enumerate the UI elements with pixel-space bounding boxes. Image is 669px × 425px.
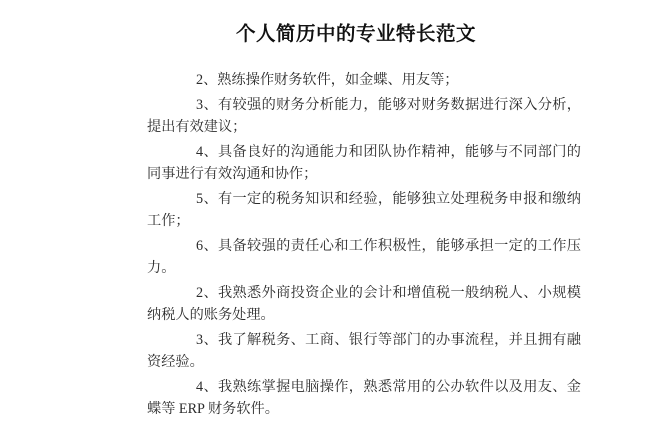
- paragraph: 5、有一定的税务知识和经验，能够独立处理税务申报和缴纳工作；: [147, 188, 581, 232]
- document-title: 个人简历中的专业特长范文: [139, 0, 573, 45]
- page-background: 个人简历中的专业特长范文 2、熟练操作财务软件，如金蝶、用友等；3、有较强的财务…: [0, 0, 669, 425]
- document-page: 个人简历中的专业特长范文 2、熟练操作财务软件，如金蝶、用友等；3、有较强的财务…: [147, 0, 581, 423]
- paragraph: 3、有较强的财务分析能力，能够对财务数据进行深入分析，提出有效建议；: [147, 94, 581, 138]
- document-body: 2、熟练操作财务软件，如金蝶、用友等；3、有较强的财务分析能力，能够对财务数据进…: [147, 69, 581, 420]
- paragraph: 4、我熟练掌握电脑操作，熟悉常用的公办软件以及用友、金蝶等 ERP 财务软件。: [147, 376, 581, 420]
- paragraph: 3、我了解税务、工商、银行等部门的办事流程，并且拥有融资经验。: [147, 329, 581, 373]
- paragraph: 4、具备良好的沟通能力和团队协作精神，能够与不同部门的同事进行有效沟通和协作；: [147, 141, 581, 185]
- paragraph: 2、我熟悉外商投资企业的会计和增值税一般纳税人、小规模纳税人的账务处理。: [147, 282, 581, 326]
- paragraph: 2、熟练操作财务软件，如金蝶、用友等；: [147, 69, 581, 91]
- paragraph: 6、具备较强的责任心和工作积极性，能够承担一定的工作压力。: [147, 235, 581, 279]
